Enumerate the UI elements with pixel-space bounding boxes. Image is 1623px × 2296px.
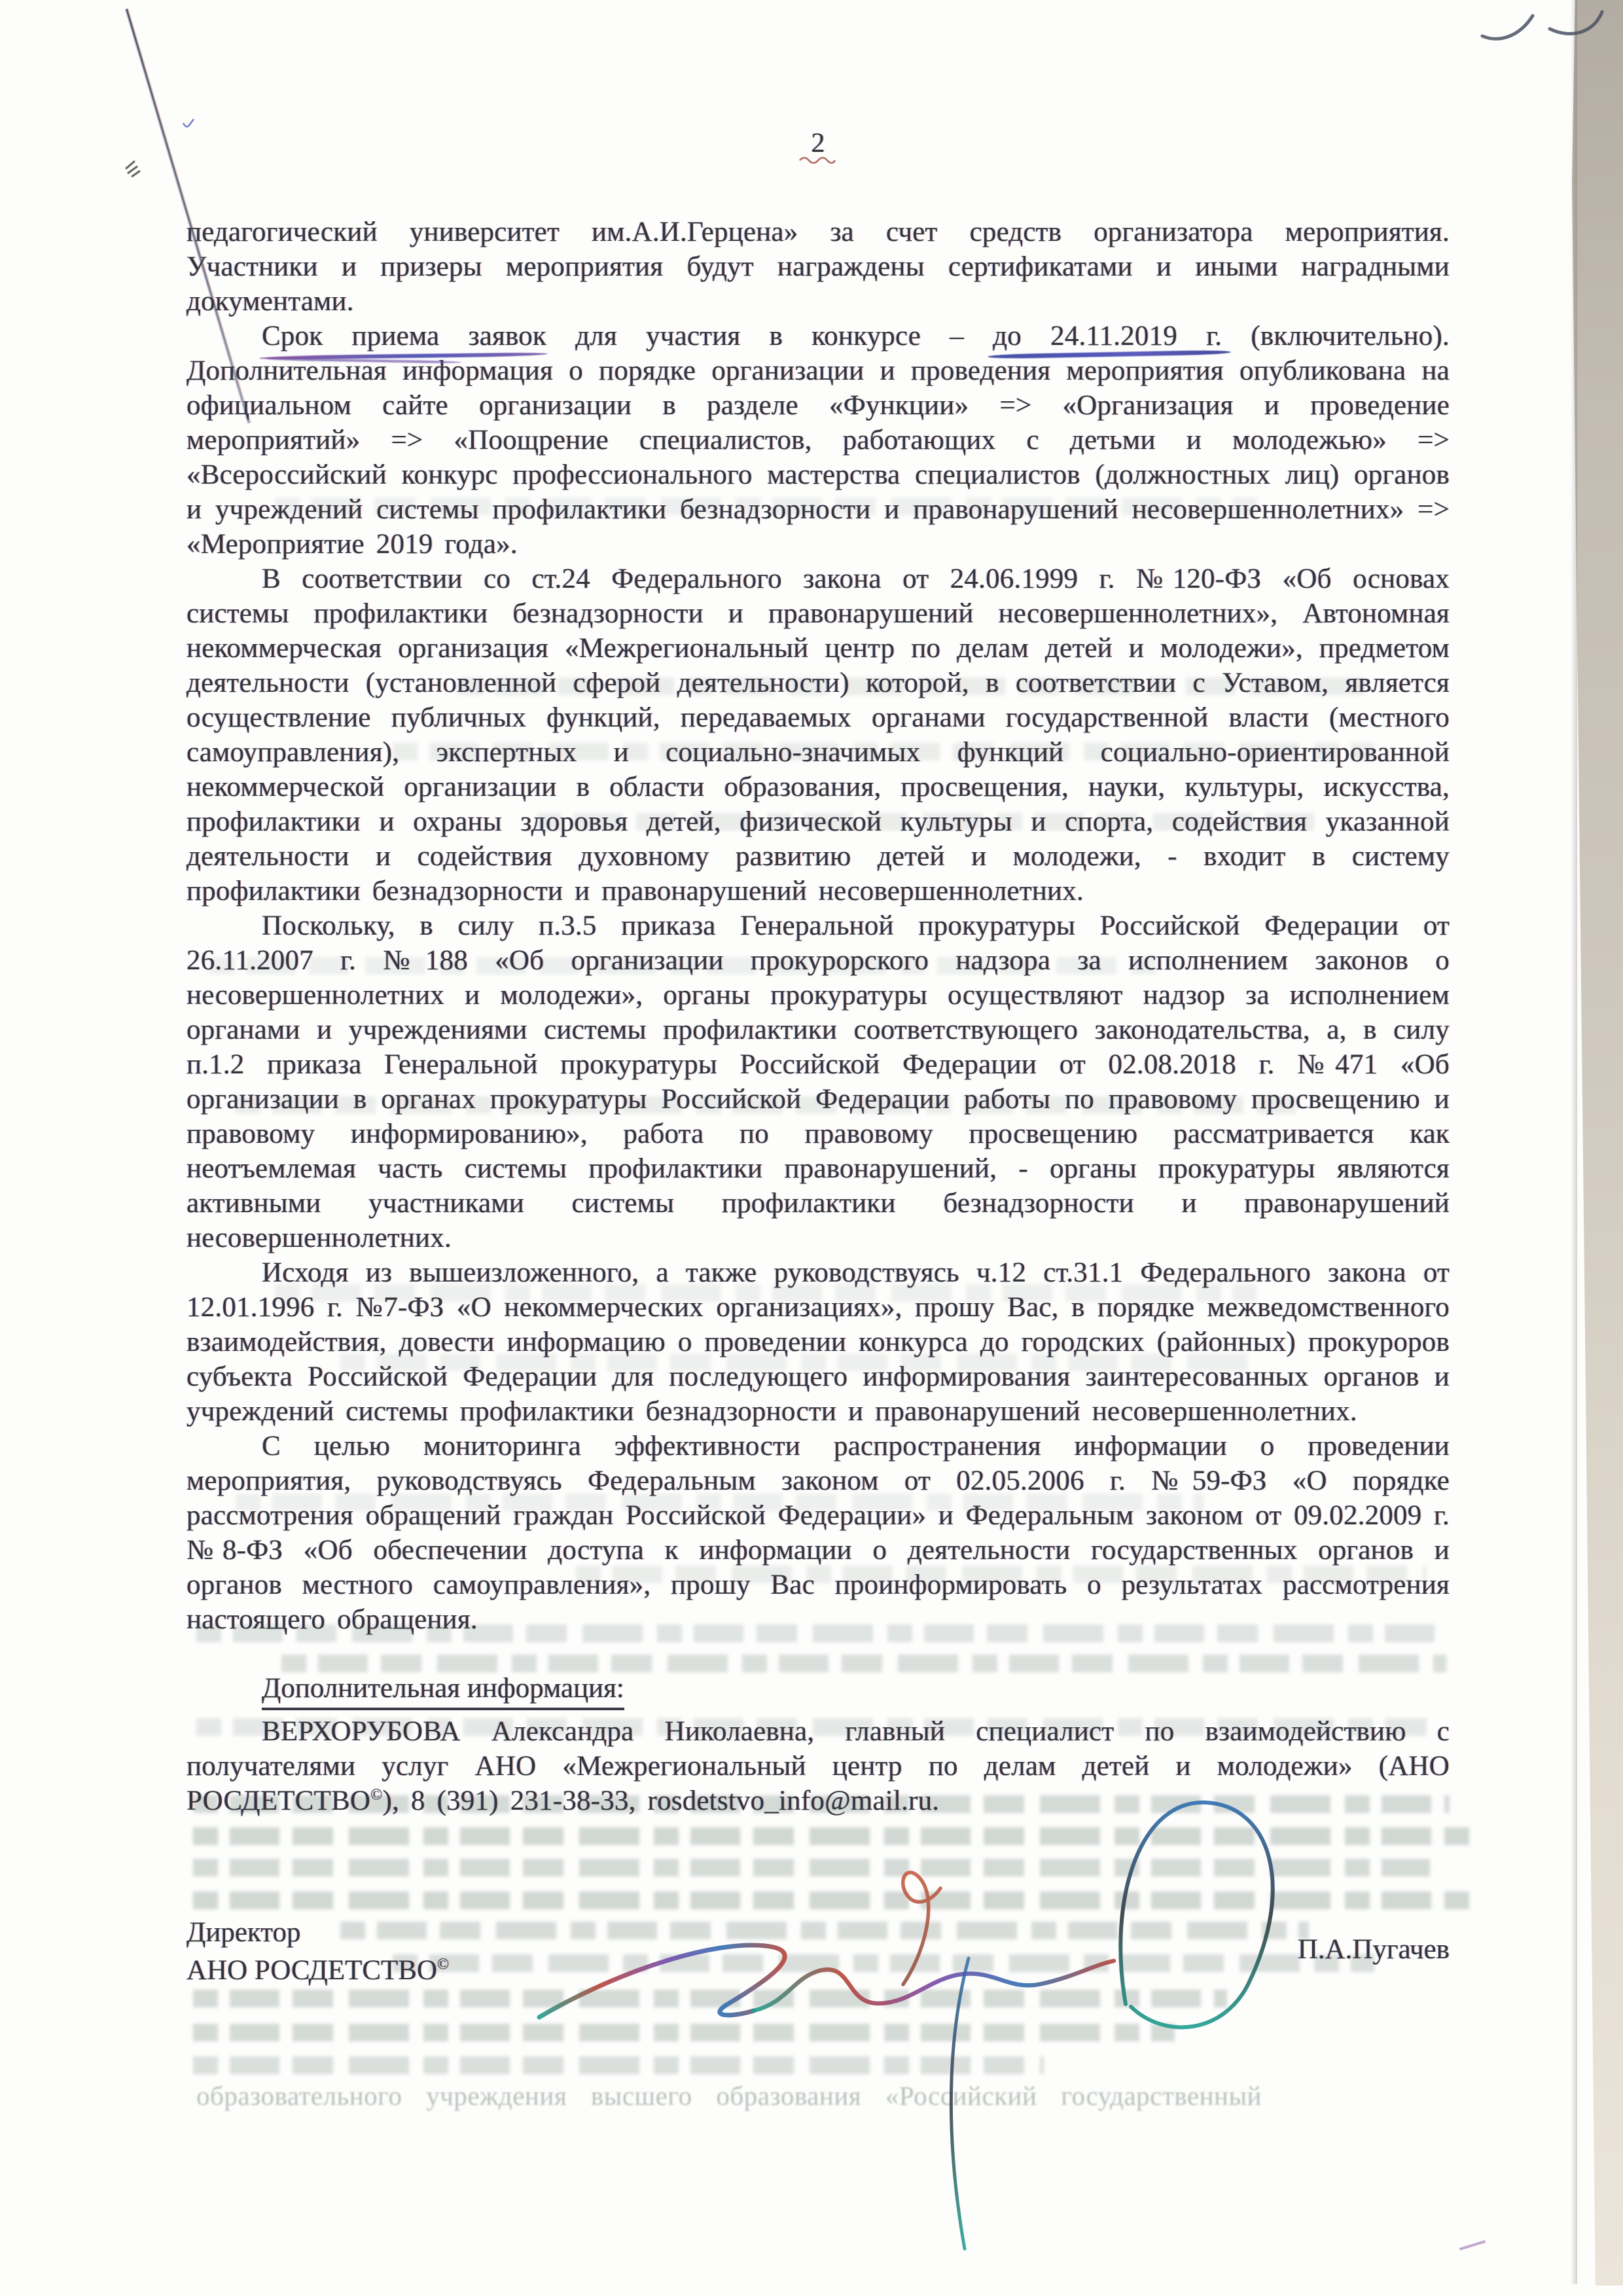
pen-scribble-icon — [124, 156, 144, 178]
body-paragraph-4: Поскольку, в силу п.3.5 приказа Генераль… — [187, 908, 1450, 1255]
handwritten-mark-icon — [1472, 0, 1610, 46]
pen-dash-icon — [1459, 2240, 1488, 2253]
body-paragraph-6: С целью мониторинга эффективности распро… — [187, 1429, 1450, 1637]
additional-info-heading: Дополнительная информация: — [262, 1671, 624, 1710]
body-paragraph-1: педагогический университет им.А.И.Герцен… — [187, 215, 1450, 319]
director-title-line2: АНО РОСДЕТСТВО© — [187, 1952, 449, 1990]
body-paragraph-5: Исходя из вышеизложенного, а также руков… — [187, 1255, 1450, 1429]
copyright-mark: © — [370, 1787, 382, 1804]
pen-underlined-deadline-date: до 24.11.2019 г. — [993, 321, 1222, 351]
letter-body: 2 педагогический университет им.А.И.Герц… — [187, 0, 1450, 1990]
body-paragraph-2: Срок приема заявок для участия в конкурс… — [187, 319, 1450, 562]
body-paragraph-3: В соответствии со ст.24 Федерального зак… — [187, 562, 1450, 908]
scanned-letter-page: { "page": { "number": "2", "handwritten_… — [0, 0, 1623, 2296]
paragraph-2-text: для участия в конкурсе – — [546, 321, 993, 351]
organization-name: АНО РОСДЕТСТВО — [187, 1955, 437, 1986]
page-number-value: 2 — [811, 128, 825, 158]
director-title: Директор АНО РОСДЕТСТВО© — [187, 1914, 449, 1990]
copyright-mark: © — [437, 1956, 449, 1973]
pen-underlined-deadline-label: Срок приема заявок — [262, 321, 546, 351]
director-title-line1: Директор — [187, 1914, 449, 1952]
page-number: 2 — [187, 128, 1450, 164]
paper-edge-shadow — [1571, 0, 1577, 2284]
signature — [510, 1787, 1335, 2258]
scan-background-edge — [1572, 0, 1623, 2286]
